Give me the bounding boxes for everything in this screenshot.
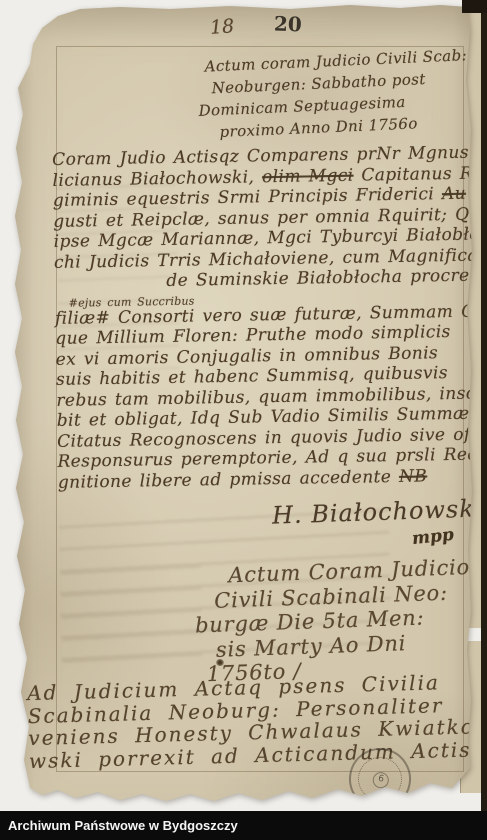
- archive-footer-bar: Archiwum Państwowe w Bydgoszczy: [0, 811, 487, 840]
- crossed-out-text: Au: [442, 184, 466, 204]
- folio-number-pencil: 20: [274, 12, 303, 37]
- crossed-out-text: olim Mgci: [262, 165, 354, 187]
- entry2-body: Ad Judicium Actaq psens Civilia Scabinal…: [27, 670, 487, 772]
- entry2-dateline: Actum Coram Judicio Civili Scabinali Neo…: [176, 555, 474, 688]
- archive-name: Archiwum Państwowe w Bydgoszczy: [0, 811, 487, 840]
- manuscript-page: 18 20 Actum coram Judicio Civili Scab: N…: [0, 0, 487, 840]
- scan-edge-strip: [481, 0, 487, 812]
- manuscript-page-wrap: 18 20 Actum coram Judicio Civili Scab: N…: [0, 0, 487, 840]
- entry1-dateline: Actum coram Judicio Civili Scab: Neoburg…: [196, 44, 470, 144]
- text-segment: Capitanus Re: [353, 163, 483, 185]
- entry1-body: Coram Judio Actisqz Comparens prNr Mgnus…: [52, 142, 487, 493]
- scan-edge-corner: [462, 0, 487, 13]
- folio-number-ink: 18: [209, 15, 235, 39]
- crossed-out-text: NB: [399, 466, 428, 486]
- scan-background: 18 20 Actum coram Judicio Civili Scab: N…: [0, 0, 487, 840]
